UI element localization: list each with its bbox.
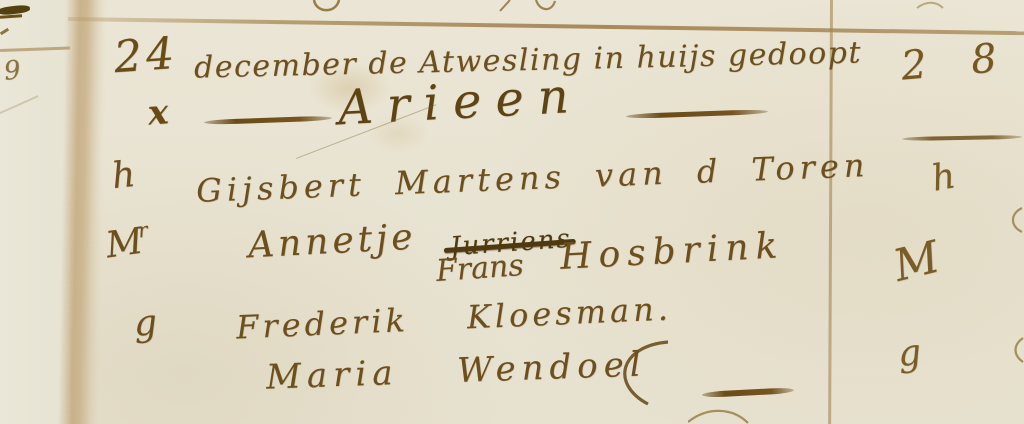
flourish-dash [626, 109, 768, 119]
margin-letter-father: h [110, 157, 137, 195]
cut-stroke-fragment [534, 0, 556, 13]
mother-surname: Hosbrink [559, 228, 785, 276]
flourish-swash [606, 336, 676, 410]
cut-stroke-fragment [312, 0, 342, 16]
flourish-dash [204, 116, 332, 125]
child-name: Arieen [337, 72, 584, 133]
right-column-letter-h: h [929, 158, 958, 197]
gutter-shadow [58, 0, 106, 424]
top-rule-line [68, 17, 1024, 35]
correction-word: Frans [435, 251, 525, 287]
margin-letter-mother-superscript: r [137, 219, 149, 240]
right-column-letter-g: g [896, 335, 923, 373]
cut-stroke-fragment [498, 0, 512, 12]
date-day: 24 [113, 32, 180, 80]
fee-marks: 2 8 [899, 37, 1010, 86]
margin-letter-witness: g [133, 305, 159, 343]
flourish-dash [902, 135, 1022, 141]
cut-stroke-fragment [915, 0, 945, 10]
right-column-letter-m: M [889, 235, 945, 289]
manuscript-scan: 9 24 december de Atwesling in huijs gedo… [0, 0, 1024, 424]
witness2-name: Maria Wendoel [266, 347, 648, 394]
mother-name: Annetje [247, 220, 417, 265]
cut-stroke-fragment [688, 406, 752, 424]
left-page-digit: 9 [3, 57, 22, 85]
flourish-dash [702, 387, 794, 398]
baptism-cross-mark: x [147, 95, 170, 130]
cut-stroke-fragment [1012, 336, 1024, 364]
cut-stroke-fragment [1008, 206, 1024, 234]
